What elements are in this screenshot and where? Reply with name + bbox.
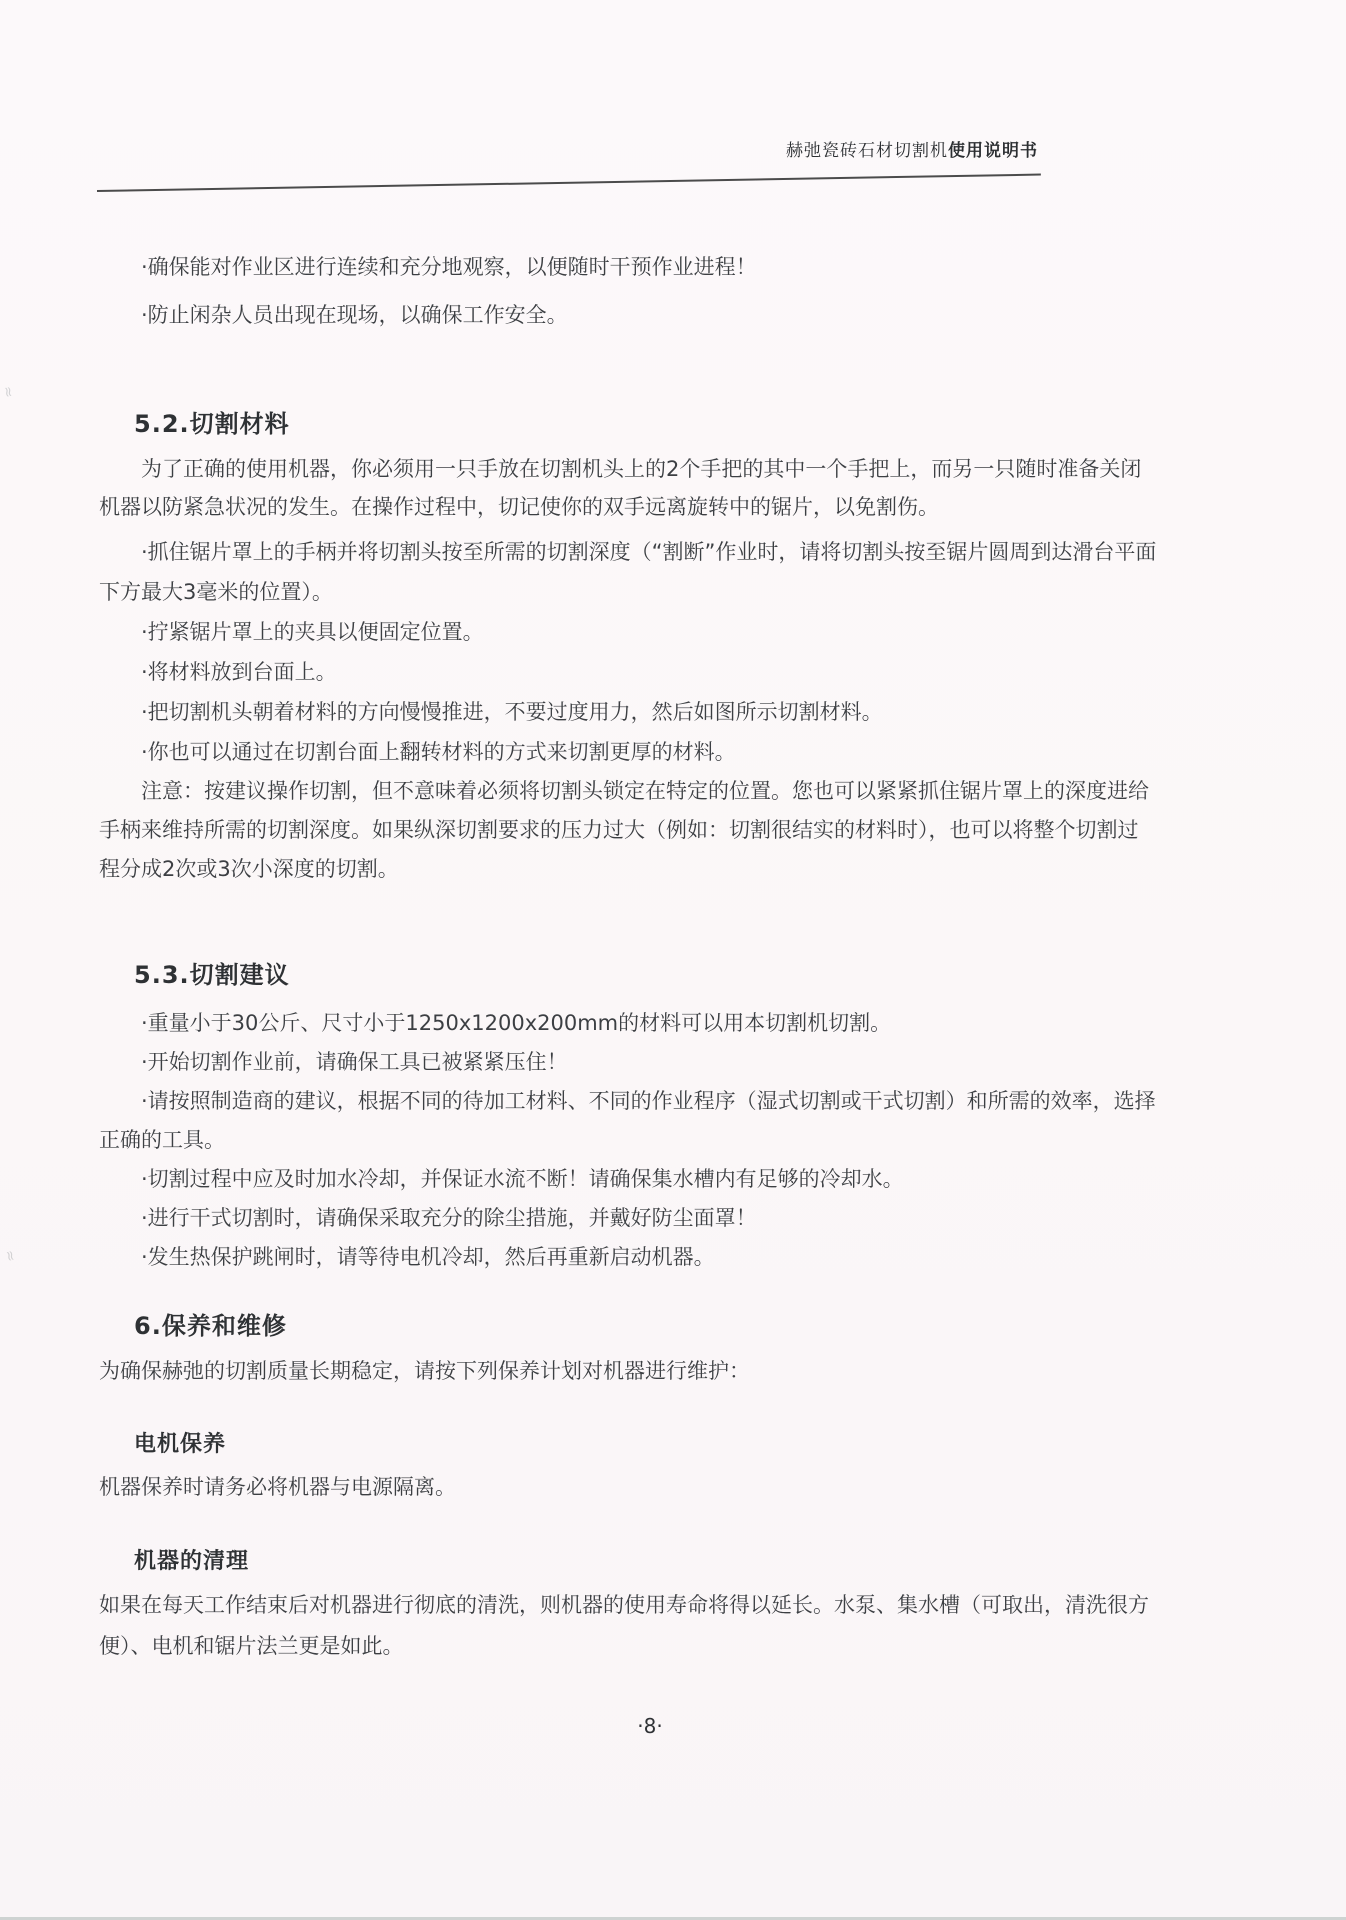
section-6-heading: 6.保养和维修 — [134, 1306, 287, 1341]
intro-bullet-list: ·确保能对作业区进行连续和充分地观察，以便随时干预作业进程！ ·防止闲杂人员出现… — [99, 243, 1157, 339]
bullet-item: ·进行干式切割时，请确保采取充分的除尘措施，并戴好防尘面罩！ — [99, 1199, 1157, 1238]
bullet-item: ·防止闲杂人员出现在现场，以确保工作安全。 — [99, 291, 1157, 339]
running-header: 赫弛瓷砖石材切割机使用说明书 — [98, 136, 1038, 161]
doc-title-bold: 使用说明书 — [948, 141, 1038, 161]
machine-cleaning-paragraph: 如果在每天工作结束后对机器进行彻底的清洗，则机器的使用寿命将得以延长。水泵、集水… — [99, 1585, 1157, 1667]
section-5-2-note: 注意：按建议操作切割，但不意味着必须将切割头锁定在特定的位置。您也可以紧紧抓住锯… — [99, 772, 1157, 889]
bullet-item: ·发生热保护跳闸时，请等待电机冷却，然后再重新启动机器。 — [99, 1238, 1157, 1277]
bullet-item: ·抓住锯片罩上的手柄并将切割头按至所需的切割深度（“割断”作业时，请将切割头按至… — [99, 532, 1157, 612]
bullet-item: ·将材料放到台面上。 — [99, 652, 1157, 692]
motor-maintenance-heading: 电机保养 — [134, 1427, 226, 1458]
scan-edge-artifact: ≈ — [0, 385, 17, 399]
note-text: 注意：按建议操作切割，但不意味着必须将切割头锁定在特定的位置。您也可以紧紧抓住锯… — [99, 772, 1157, 889]
section-5-3-heading: 5.3.切割建议 — [134, 955, 290, 990]
machine-cleaning-heading: 机器的清理 — [134, 1544, 249, 1575]
section-5-3-bullet-list: ·重量小于30公斤、尺寸小于1250x1200x200mm的材料可以用本切割机切… — [99, 1004, 1157, 1277]
paragraph-text: 为确保赫弛的切割质量长期稳定，请按下列保养计划对机器进行维护： — [99, 1352, 1157, 1390]
manual-page: 赫弛瓷砖石材切割机使用说明书 ·确保能对作业区进行连续和充分地观察，以便随时干预… — [0, 0, 1346, 1920]
bullet-item: ·开始切割作业前，请确保工具已被紧紧压住！ — [99, 1043, 1157, 1082]
bullet-item: ·请按照制造商的建议，根据不同的待加工材料、不同的作业程序（湿式切割或干式切割）… — [99, 1082, 1157, 1160]
section-5-2-bullet-list: ·抓住锯片罩上的手柄并将切割头按至所需的切割深度（“割断”作业时，请将切割头按至… — [99, 532, 1157, 772]
paragraph-text: 为了正确的使用机器，你必须用一只手放在切割机头上的2个手把的其中一个手把上，而另… — [99, 450, 1157, 526]
bullet-item: ·把切割机头朝着材料的方向慢慢推进，不要过度用力，然后如图所示切割材料。 — [99, 692, 1157, 732]
bullet-item: ·切割过程中应及时加水冷却，并保证水流不断！请确保集水槽内有足够的冷却水。 — [99, 1160, 1157, 1199]
section-6-paragraph: 为确保赫弛的切割质量长期稳定，请按下列保养计划对机器进行维护： — [99, 1352, 1157, 1390]
bullet-item: ·确保能对作业区进行连续和充分地观察，以便随时干预作业进程！ — [99, 243, 1157, 291]
header-rule-line — [97, 174, 1041, 192]
section-5-2-paragraph: 为了正确的使用机器，你必须用一只手放在切割机头上的2个手把的其中一个手把上，而另… — [99, 450, 1157, 526]
section-5-2-heading: 5.2.切割材料 — [134, 404, 290, 439]
motor-maintenance-paragraph: 机器保养时请务必将机器与电源隔离。 — [99, 1468, 1157, 1506]
page-number: ·8· — [560, 1714, 740, 1738]
bullet-item: ·拧紧锯片罩上的夹具以便固定位置。 — [99, 612, 1157, 652]
paragraph-text: 机器保养时请务必将机器与电源隔离。 — [99, 1468, 1157, 1506]
bullet-item: ·重量小于30公斤、尺寸小于1250x1200x200mm的材料可以用本切割机切… — [99, 1004, 1157, 1043]
bullet-item: ·你也可以通过在切割台面上翻转材料的方式来切割更厚的材料。 — [99, 732, 1157, 772]
doc-title-regular: 赫弛瓷砖石材切割机 — [786, 141, 948, 161]
paragraph-text: 如果在每天工作结束后对机器进行彻底的清洗，则机器的使用寿命将得以延长。水泵、集水… — [99, 1585, 1157, 1667]
scan-edge-artifact: ≈ — [1, 1248, 19, 1263]
